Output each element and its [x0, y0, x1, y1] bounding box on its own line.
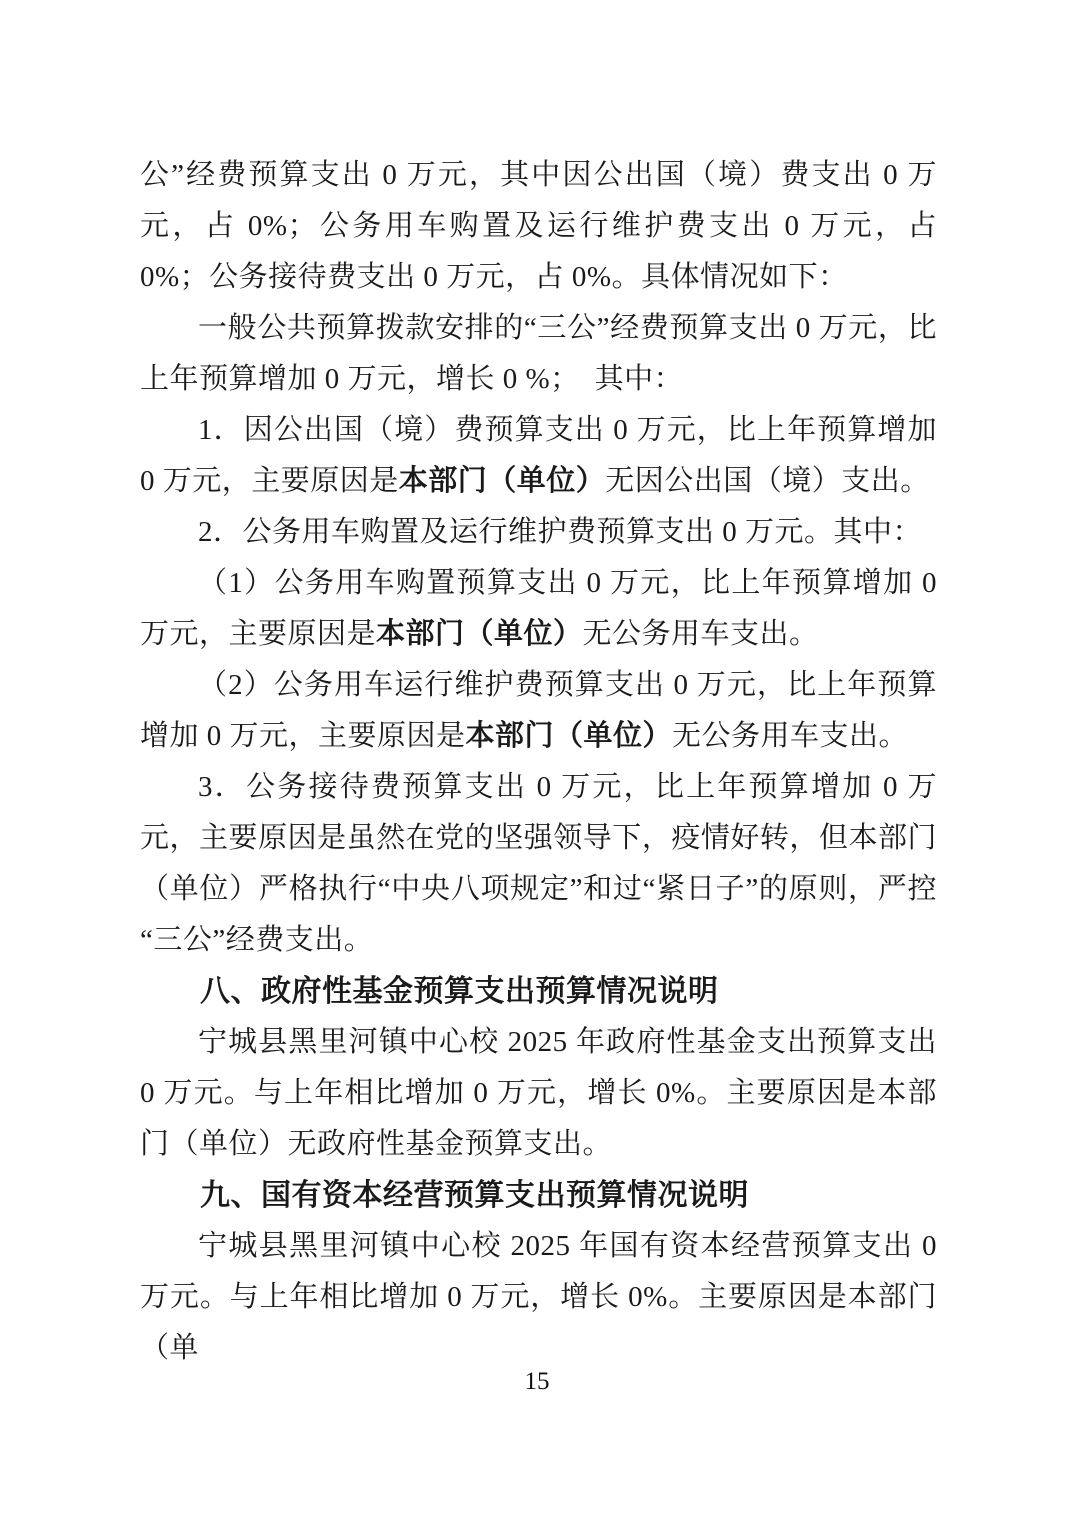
paragraph: （2）公务用车运行维护费预算支出 0 万元，比上年预算增加 0 万元，主要原因是…: [140, 660, 937, 762]
document-page: 公”经费预算支出 0 万元，其中因公出国（境）费支出 0 万元，占 0%；公务用…: [0, 0, 1074, 1520]
page-number: 15: [525, 1368, 550, 1395]
paragraph: 一般公共预算拨款安排的“三公”经费预算支出 0 万元，比上年预算增加 0 万元，…: [140, 303, 937, 405]
text-segment: 宁城县黑里河镇中心校 2025 年政府性基金支出预算支出 0 万元。与上年相比增…: [140, 1026, 937, 1160]
text-segment: 无公务用车支出。: [583, 618, 819, 650]
text-segment: 无因公出国（境）支出。: [605, 465, 930, 497]
paragraph: 公”经费预算支出 0 万元，其中因公出国（境）费支出 0 万元，占 0%；公务用…: [140, 150, 937, 303]
section-heading: 八、政府性基金预算支出预算情况说明: [140, 966, 937, 1017]
paragraph: 2．公务用车购置及运行维护费预算支出 0 万元。其中：: [140, 507, 937, 558]
text-segment: 本部门（单位）: [376, 618, 583, 650]
text-segment: 本部门（单位）: [399, 465, 606, 497]
page-footer: 15: [0, 1368, 1074, 1396]
paragraph: 1．因公出国（境）费预算支出 0 万元，比上年预算增加 0 万元，主要原因是本部…: [140, 405, 937, 507]
paragraph: 宁城县黑里河镇中心校 2025 年政府性基金支出预算支出 0 万元。与上年相比增…: [140, 1017, 937, 1170]
text-segment: 无公务用车支出。: [672, 720, 908, 752]
text-segment: 九、国有资本经营预算支出预算情况说明: [200, 1179, 749, 1212]
text-segment: 2．公务用车购置及运行维护费预算支出 0 万元。其中：: [198, 516, 922, 548]
text-segment: 宁城县黑里河镇中心校 2025 年国有资本经营预算支出 0 万元。与上年相比增加…: [140, 1230, 937, 1364]
paragraph: 宁城县黑里河镇中心校 2025 年国有资本经营预算支出 0 万元。与上年相比增加…: [140, 1221, 937, 1374]
text-segment: 一般公共预算拨款安排的“三公”经费预算支出 0 万元，比上年预算增加 0 万元，…: [140, 312, 937, 395]
document-body: 公”经费预算支出 0 万元，其中因公出国（境）费支出 0 万元，占 0%；公务用…: [140, 150, 937, 1374]
text-segment: 本部门（单位）: [466, 720, 673, 752]
paragraph: （1）公务用车购置预算支出 0 万元，比上年预算增加 0 万元，主要原因是本部门…: [140, 558, 937, 660]
section-heading: 九、国有资本经营预算支出预算情况说明: [140, 1170, 937, 1221]
text-segment: 八、政府性基金预算支出预算情况说明: [200, 975, 719, 1008]
text-segment: 公”经费预算支出 0 万元，其中因公出国（境）费支出 0 万元，占 0%；公务用…: [140, 159, 937, 293]
paragraph: 3．公务接待费预算支出 0 万元，比上年预算增加 0 万元，主要原因是虽然在党的…: [140, 762, 937, 966]
text-segment: 3．公务接待费预算支出 0 万元，比上年预算增加 0 万元，主要原因是虽然在党的…: [140, 771, 937, 956]
